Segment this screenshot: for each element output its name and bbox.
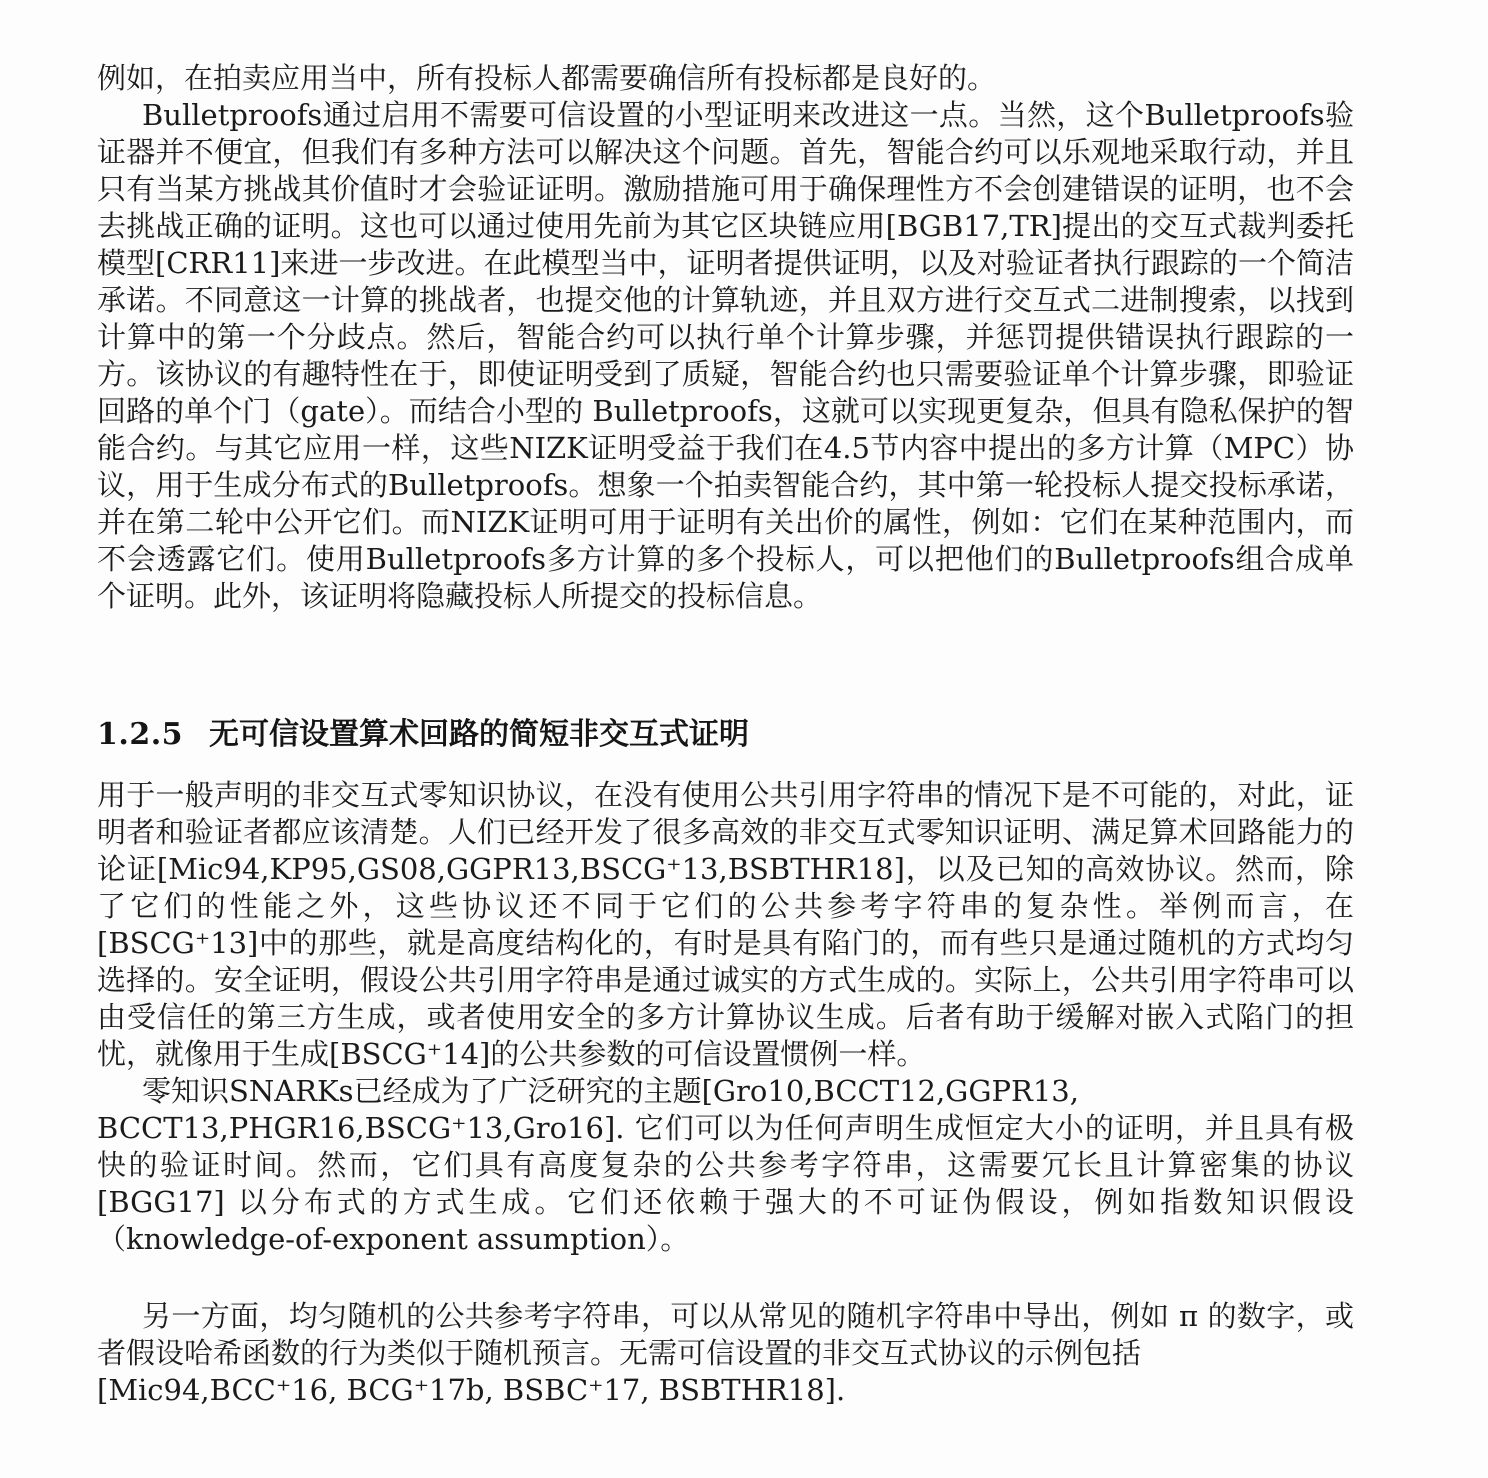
paper-page: 例如，在拍卖应用当中，所有投标人都需要确信所有投标都是良好的。 Bulletpr…	[97, 60, 1354, 1409]
paragraph-nizk-common-reference-string: 用于一般声明的非交互式零知识协议，在没有使用公共引用字符串的情况下是不可能的，对…	[97, 777, 1354, 1073]
section-title: 无可信设置算术回路的简短非交互式证明	[209, 717, 749, 752]
paragraph-zk-snarks: 零知识SNARKs已经成为了广泛研究的主题[Gro10,BCCT12,GGPR1…	[97, 1073, 1354, 1258]
paragraph-bulletproofs-smart-contracts: Bulletproofs通过启用不需要可信设置的小型证明来改进这一点。当然，这个…	[97, 97, 1354, 615]
paragraph-uniform-random-crs: 另一方面，均匀随机的公共参考字符串，可以从常见的随机字符串中导出，例如 π 的数…	[97, 1298, 1354, 1409]
section-number: 1.2.5	[97, 717, 183, 752]
paragraph-auction-continuation: 例如，在拍卖应用当中，所有投标人都需要确信所有投标都是良好的。	[97, 60, 1354, 97]
section-heading: 1.2.5无可信设置算术回路的简短非交互式证明	[97, 715, 1354, 755]
